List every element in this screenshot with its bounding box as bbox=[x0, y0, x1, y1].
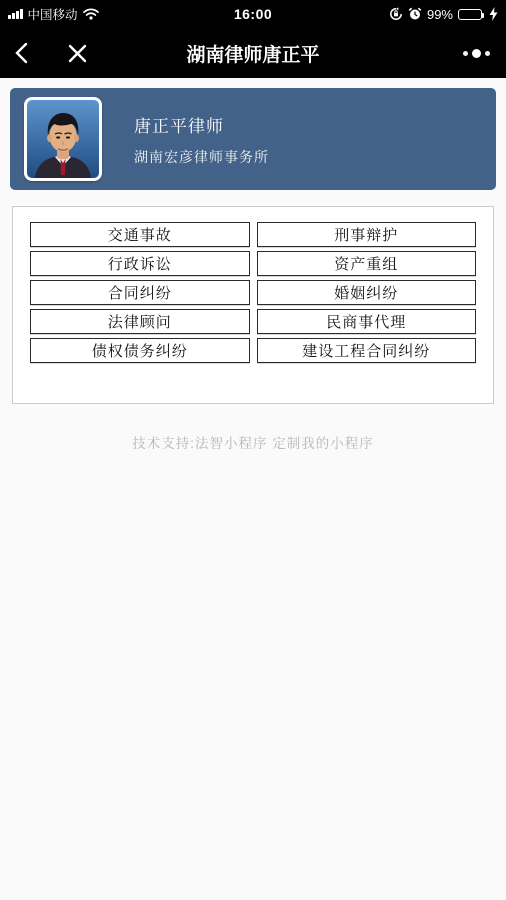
avatar bbox=[24, 97, 102, 181]
lawyer-name: 唐正平律师 bbox=[134, 112, 269, 137]
alarm-clock-icon bbox=[408, 7, 422, 21]
law-firm-name: 湖南宏彦律师事务所 bbox=[134, 147, 269, 167]
tech-support-footer[interactable]: 技术支持:法智小程序 定制我的小程序 bbox=[0, 432, 506, 452]
battery-icon bbox=[458, 9, 482, 20]
close-button[interactable] bbox=[68, 39, 96, 67]
back-button[interactable] bbox=[14, 39, 42, 67]
back-icon bbox=[14, 42, 28, 64]
status-bar: 中国移动 16:00 99% bbox=[0, 0, 506, 28]
service-button-administrative-litigation[interactable]: 行政诉讼 bbox=[30, 251, 250, 276]
more-menu-button[interactable] bbox=[461, 43, 492, 64]
wifi-icon bbox=[83, 8, 99, 20]
profile-text: 唐正平律师 湖南宏彦律师事务所 bbox=[134, 112, 269, 167]
orientation-lock-icon bbox=[389, 7, 403, 21]
more-dots-icon bbox=[463, 51, 468, 56]
nav-bar: 湖南律师唐正平 bbox=[0, 28, 506, 78]
practice-areas-grid: 交通事故 刑事辩护 行政诉讼 资产重组 合同纠纷 婚姻纠纷 法律顾问 民商事代理… bbox=[30, 222, 476, 363]
status-bar-right: 99% bbox=[389, 7, 498, 22]
service-button-construction-contract-dispute[interactable]: 建设工程合同纠纷 bbox=[257, 338, 477, 363]
close-icon bbox=[68, 44, 87, 63]
service-button-debt-dispute[interactable]: 债权债务纠纷 bbox=[30, 338, 250, 363]
service-button-criminal-defense[interactable]: 刑事辩护 bbox=[257, 222, 477, 247]
wechat-miniprogram-page: 中国移动 16:00 99% bbox=[0, 0, 506, 900]
service-button-marriage-dispute[interactable]: 婚姻纠纷 bbox=[257, 280, 477, 305]
battery-percent-label: 99% bbox=[427, 7, 453, 22]
carrier-label: 中国移动 bbox=[28, 5, 78, 23]
service-button-asset-restructuring[interactable]: 资产重组 bbox=[257, 251, 477, 276]
status-bar-left: 中国移动 bbox=[8, 5, 99, 23]
charging-bolt-icon bbox=[489, 7, 498, 21]
service-button-legal-counsel[interactable]: 法律顾问 bbox=[30, 309, 250, 334]
signal-icon bbox=[8, 9, 23, 19]
service-button-traffic-accident[interactable]: 交通事故 bbox=[30, 222, 250, 247]
lawyer-portrait-photo bbox=[27, 100, 99, 178]
service-button-civil-commercial-agency[interactable]: 民商事代理 bbox=[257, 309, 477, 334]
lawyer-profile-card[interactable]: 唐正平律师 湖南宏彦律师事务所 bbox=[10, 88, 496, 190]
service-button-contract-dispute[interactable]: 合同纠纷 bbox=[30, 280, 250, 305]
practice-areas-card: 交通事故 刑事辩护 行政诉讼 资产重组 合同纠纷 婚姻纠纷 法律顾问 民商事代理… bbox=[12, 206, 494, 404]
